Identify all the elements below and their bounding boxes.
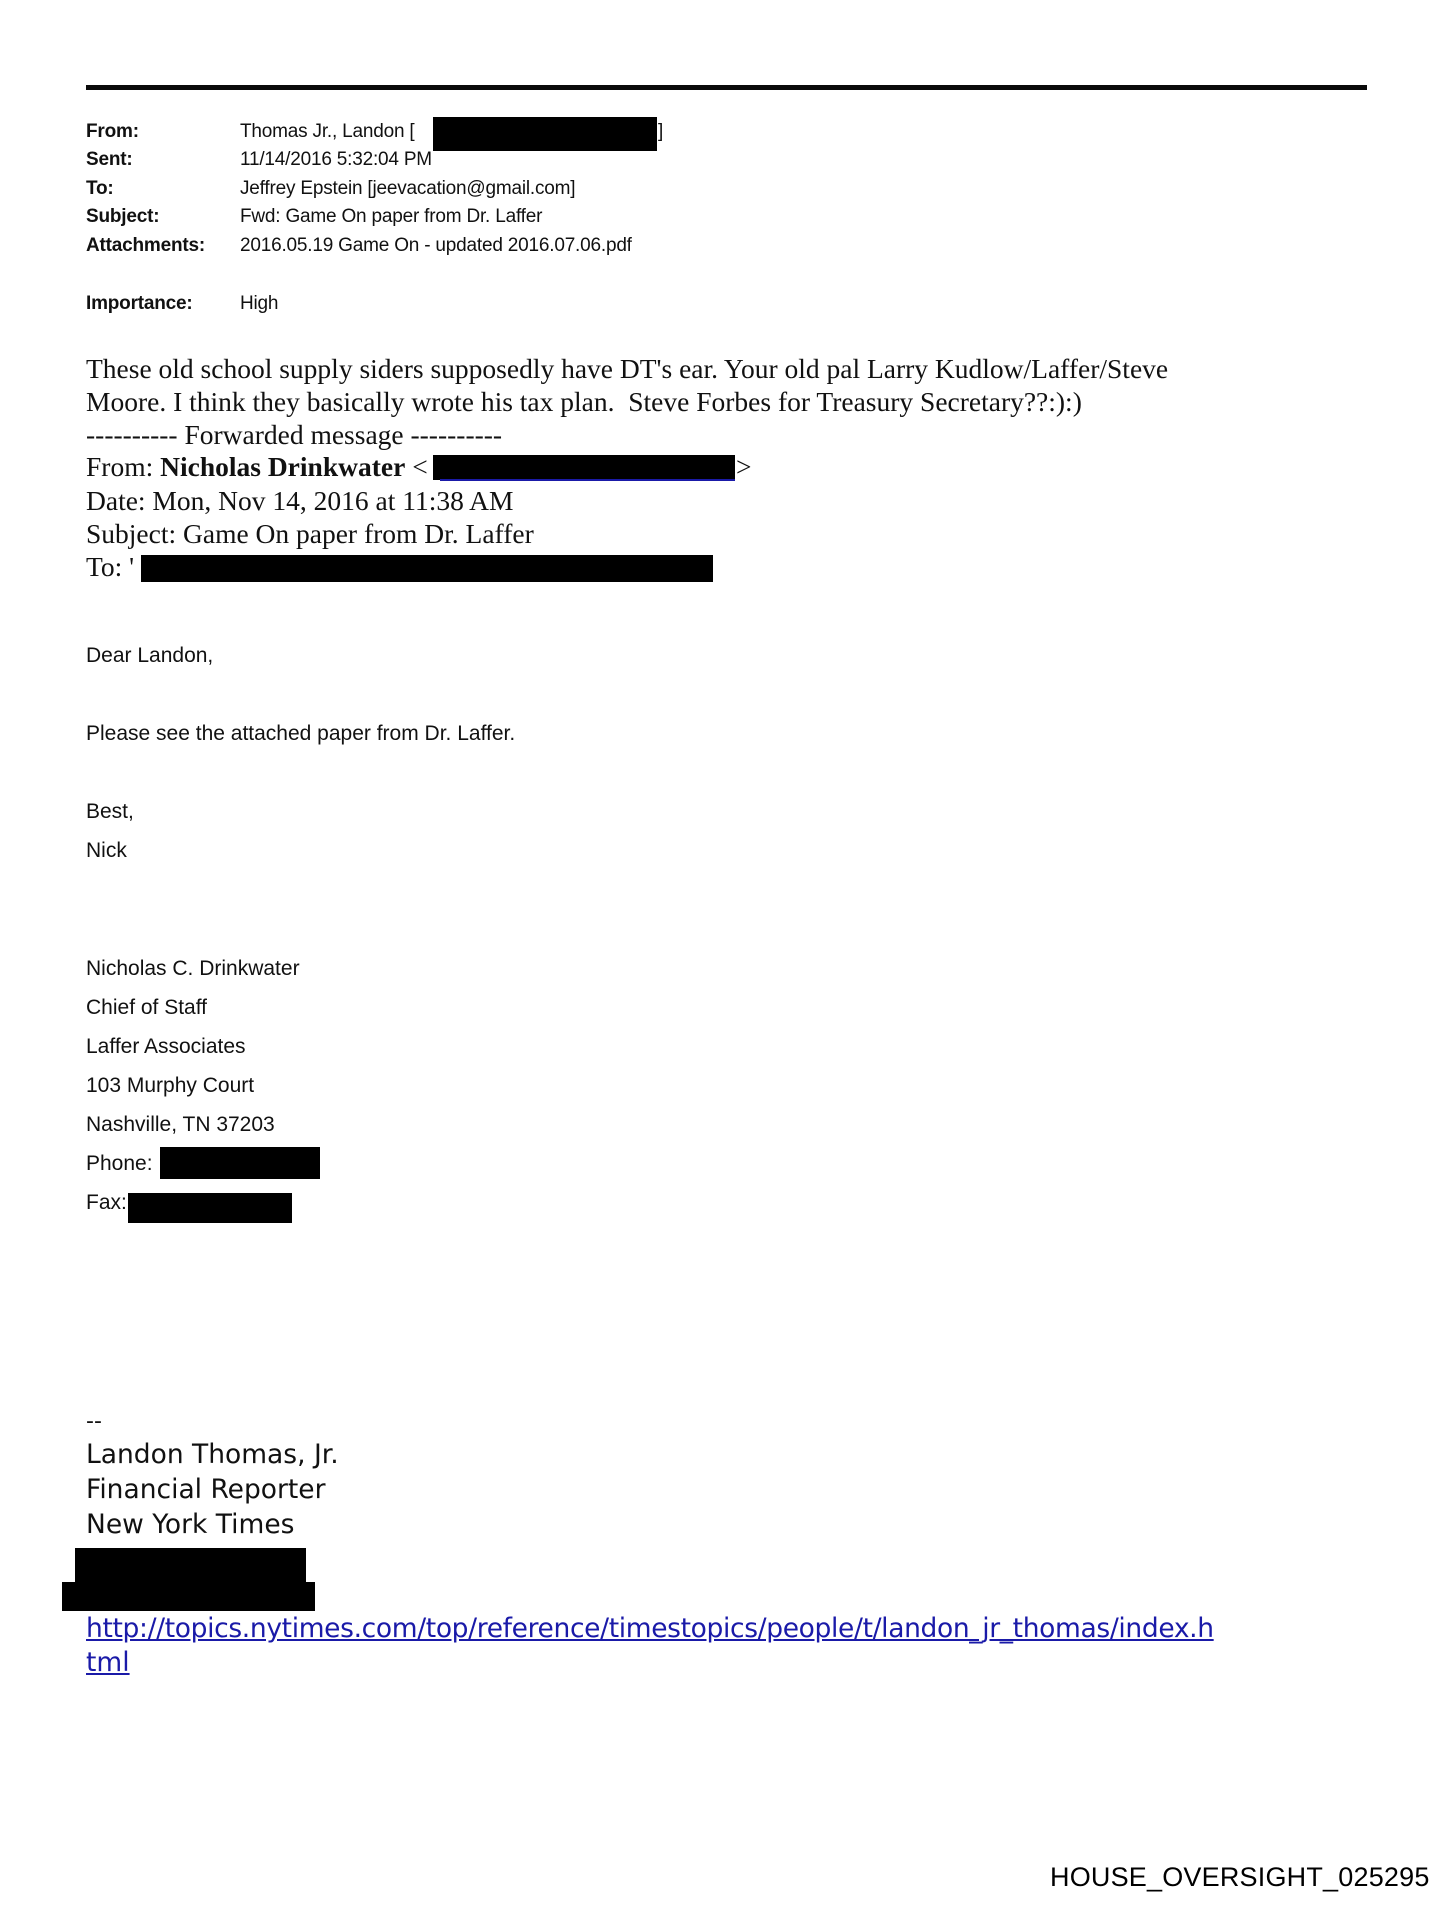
sender-company: New York Times	[86, 1507, 294, 1542]
forwarded-from-line: From: Nicholas Drinkwater <	[86, 450, 428, 483]
redacted-sender-contact-2	[62, 1582, 315, 1611]
redacted-forwarded-from-email	[433, 455, 735, 480]
forwarded-date: Date: Mon, Nov 14, 2016 at 11:38 AM	[86, 484, 514, 517]
forwarded-from-open: <	[405, 451, 427, 482]
body-text: Please see the attached paper from Dr. L…	[86, 721, 515, 747]
from-close-bracket: ]	[658, 118, 663, 146]
bates-number: HOUSE_OVERSIGHT_025295	[1050, 1862, 1430, 1893]
sig-company: Laffer Associates	[86, 1034, 246, 1060]
redacted-from-email	[433, 117, 657, 151]
nytimes-profile-link-continued[interactable]: tml	[86, 1646, 130, 1680]
sender-name: Landon Thomas, Jr.	[86, 1437, 339, 1472]
redacted-forwarded-to	[141, 555, 713, 582]
forwarded-subject: Subject: Game On paper from Dr. Laffer	[86, 517, 534, 550]
redacted-phone	[160, 1147, 320, 1179]
subject-label: Subject:	[86, 203, 159, 231]
closing: Best,	[86, 799, 134, 825]
forwarded-to-prefix: To: '	[86, 550, 134, 583]
sig-title: Chief of Staff	[86, 995, 207, 1021]
forwarded-from-prefix: From:	[86, 451, 160, 482]
to-label: To:	[86, 175, 114, 203]
message-line-2: Moore. I think they basically wrote his …	[86, 385, 1082, 418]
message-line-1: These old school supply siders supposedl…	[86, 352, 1168, 385]
forwarded-separator: ---------- Forwarded message ----------	[86, 418, 502, 451]
importance-label: Importance:	[86, 290, 193, 318]
greeting: Dear Landon,	[86, 643, 213, 669]
sender-first-name: Nick	[86, 838, 127, 864]
redacted-fax	[128, 1193, 292, 1223]
to-value: Jeffrey Epstein [jeevacation@gmail.com]	[240, 175, 575, 203]
forwarded-from-name: Nicholas Drinkwater	[160, 451, 405, 482]
sent-label: Sent:	[86, 146, 133, 174]
sig-dashes: --	[86, 1404, 102, 1439]
forwarded-from-close: >	[736, 450, 752, 483]
sig-name: Nicholas C. Drinkwater	[86, 956, 300, 982]
redacted-sender-contact-1	[75, 1548, 306, 1584]
sig-phone-label: Phone:	[86, 1151, 153, 1177]
sender-title: Financial Reporter	[86, 1472, 326, 1507]
nytimes-profile-link[interactable]: http://topics.nytimes.com/top/reference/…	[86, 1612, 1214, 1646]
attachments-label: Attachments:	[86, 232, 205, 260]
from-label: From:	[86, 118, 139, 146]
sig-city: Nashville, TN 37203	[86, 1112, 275, 1138]
attachment-file[interactable]: 2016.05.19 Game On - updated 2016.07.06.…	[240, 232, 632, 260]
header-rule	[86, 85, 1367, 90]
sig-street: 103 Murphy Court	[86, 1073, 254, 1099]
from-value: Thomas Jr., Landon [	[240, 118, 415, 146]
sig-fax-label: Fax:	[86, 1190, 127, 1216]
importance-value: High	[240, 290, 278, 318]
sent-value: 11/14/2016 5:32:04 PM	[240, 146, 432, 174]
email-link-underline	[440, 479, 735, 481]
subject-value: Fwd: Game On paper from Dr. Laffer	[240, 203, 542, 231]
